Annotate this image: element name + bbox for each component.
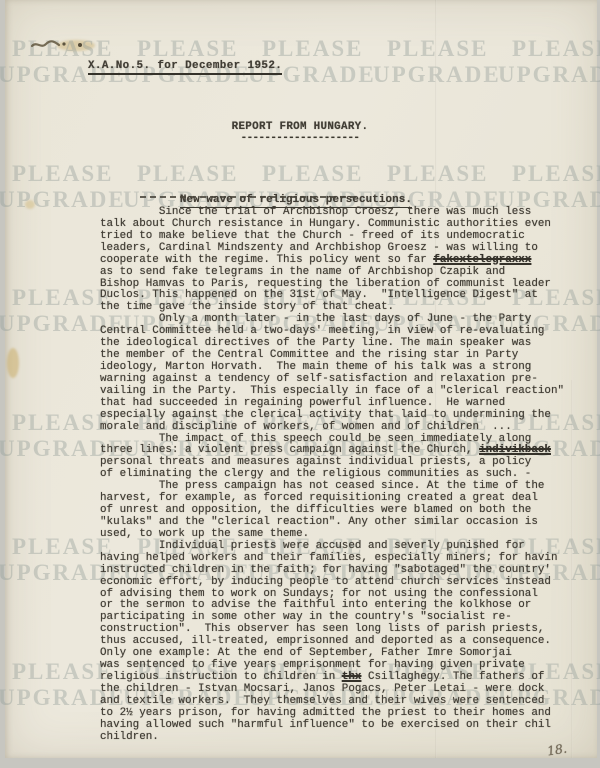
page-number: 18. <box>546 741 568 759</box>
pencil-scribble-icon <box>28 36 92 54</box>
body-line: children. <box>100 732 572 744</box>
scanned-page: PLEASEUPGRADEPLEASEUPGRADEPLEASEUPGRADEP… <box>0 0 600 768</box>
title-underline: -------------------- <box>0 132 600 144</box>
body-text: Since the trial of Archbishop Croesz, th… <box>100 207 572 743</box>
document-reference: X.A.No.5. for December 1952. <box>88 60 282 75</box>
body-line: having allowed such "harmful influence" … <box>100 720 572 732</box>
section-heading-dashed-underline <box>140 196 356 198</box>
document-ink-layer: X.A.No.5. for December 1952. REPORT FROM… <box>0 0 600 768</box>
